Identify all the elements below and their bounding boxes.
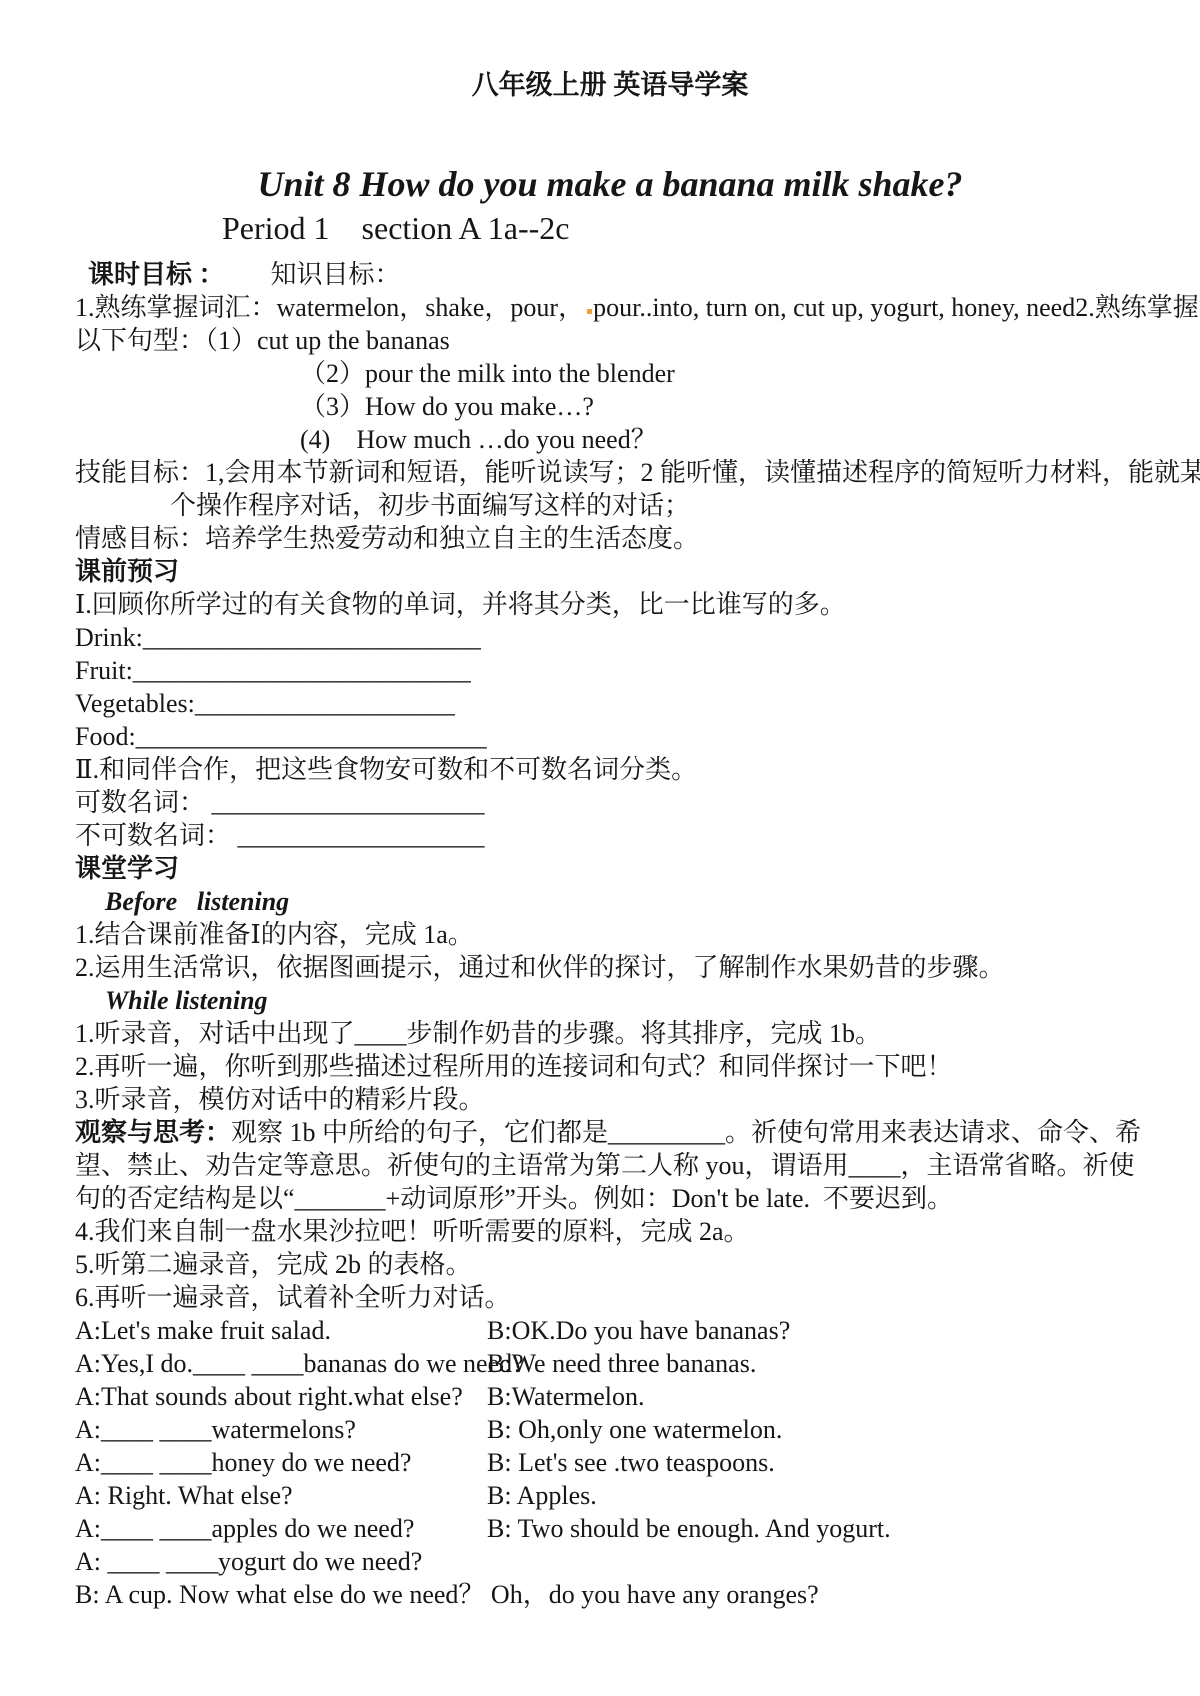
dialogue-b-line: B: Two should be enough. And yogurt. xyxy=(487,1512,891,1545)
dialogue-b-line: B: Apples. xyxy=(487,1479,597,1512)
fill-line-drink: Drink:__________________________ xyxy=(75,621,1145,654)
session-goal-label: 课时目标 ： xyxy=(88,260,225,289)
sentence-pattern-intro: 以下句型：（1）cut up the bananas xyxy=(75,324,1145,357)
while-listening-item: 1.听录音，对话中出现了____步制作奶昔的步骤。将其排序，完成 1b。 xyxy=(75,1017,1145,1050)
observe-label: 观察与思考： xyxy=(75,1118,231,1147)
classwork-heading: 课堂学习 xyxy=(75,852,1145,885)
objectives-heading-line: 课时目标 ：知识目标： xyxy=(75,258,1145,291)
dialogue-a-line: A: Right. What else? xyxy=(75,1479,487,1512)
classwork-task: 4.我们来自制一盘水果沙拉吧！听听需要的原料，完成 2a。 xyxy=(75,1215,1145,1248)
before-listening-heading: Before listening xyxy=(105,885,1145,918)
dialogue-a-line: A:That sounds about right.what else? xyxy=(75,1380,487,1413)
pattern-item: （3）How do you make…? xyxy=(300,390,1145,423)
dialogue-row: A:____ ____honey do we need?B: Let's see… xyxy=(75,1446,1145,1479)
dialogue-b-line: B:OK.Do you have bananas? xyxy=(487,1314,790,1347)
dialogue-row: A: Right. What else?B: Apples. xyxy=(75,1479,1145,1512)
vocab-text-after: pour..into, turn on, cut up, yogurt, hon… xyxy=(593,293,1199,322)
knowledge-goal-label: 知识目标： xyxy=(271,260,401,289)
skill-goal-line1: 技能目标：1,会用本节新词和短语，能听说读写；2 能听懂，读懂描述程序的简短听力… xyxy=(75,456,1145,489)
classwork-task: 6.再听一遍录音，试着补全听力对话。 xyxy=(75,1281,1145,1314)
fill-line-countable: 可数名词： _____________________ xyxy=(75,786,1145,819)
pattern-item: （2）pour the milk into the blender xyxy=(300,357,1145,390)
dialogue-a-line: A:____ ____honey do we need? xyxy=(75,1446,487,1479)
dialogue-row: A:That sounds about right.what else?B:Wa… xyxy=(75,1380,1145,1413)
dialogue-b-line: B:Watermelon. xyxy=(487,1380,644,1413)
document-body: 课时目标 ：知识目标： 1.熟练掌握词汇：watermelon，shake，po… xyxy=(75,258,1145,1611)
worksheet-page: 八年级上册 英语导学案 Unit 8 How do you make a ban… xyxy=(0,0,1200,1696)
preview-heading: 课前预习 xyxy=(75,555,1145,588)
dialogue-row: A:____ ____watermelons?B: Oh,only one wa… xyxy=(75,1413,1145,1446)
document-header: 八年级上册 英语导学案 xyxy=(75,70,1145,100)
dialogue-a-line: A: ____ ____yogurt do we need? xyxy=(75,1545,487,1578)
dialogue-a-line: A:Let's make fruit salad. xyxy=(75,1314,487,1347)
observe-paragraph: 观察与思考：观察 1b 中所给的句子，它们都是_________。祈使句常用来表… xyxy=(75,1116,1145,1215)
preview-task2: Ⅱ.和同伴合作，把这些食物安可数和不可数名词分类。 xyxy=(75,753,1145,786)
while-listening-item: 2.再听一遍，你听到那些描述过程所用的连接词和句式？和同伴探讨一下吧！ xyxy=(75,1050,1145,1083)
fill-line-food: Food:___________________________ xyxy=(75,720,1145,753)
dialogue-row: A:____ ____apples do we need?B: Two shou… xyxy=(75,1512,1145,1545)
classwork-task: 5.听第二遍录音，完成 2b 的表格。 xyxy=(75,1248,1145,1281)
preview-task1: Ⅰ.回顾你所学过的有关食物的单词，并将其分类，比一比谁写的多。 xyxy=(75,588,1145,621)
dialogue-a-line: A:____ ____apples do we need? xyxy=(75,1512,487,1545)
dialogue-b-line: B:We need three bananas. xyxy=(487,1347,756,1380)
fill-line-uncountable: 不可数名词： ___________________ xyxy=(75,819,1145,852)
dialogue-b-line: B: Let's see .two teaspoons. xyxy=(487,1446,775,1479)
pattern-item: (4) How much …do you need？ xyxy=(300,423,1145,456)
dialogue-row: A: ____ ____yogurt do we need? xyxy=(75,1545,1145,1578)
dialogue-b-line: B: Oh,only one watermelon. xyxy=(487,1413,782,1446)
period-subtitle: Period 1 section A 1a--2c xyxy=(222,208,1145,248)
orange-mark-icon xyxy=(587,309,592,314)
dialogue-final-line: B: A cup. Now what else do we need？ Oh，d… xyxy=(75,1578,1145,1611)
skill-goal-line2: 个操作程序对话，初步书面编写这样的对话； xyxy=(170,489,1145,522)
unit-title: Unit 8 How do you make a banana milk sha… xyxy=(75,162,1145,206)
observe-text: 观察 1b 中所给的句子，它们都是_________。祈使句常用来表达请求、命令… xyxy=(75,1118,1141,1213)
while-listening-item: 3.听录音，模仿对话中的精彩片段。 xyxy=(75,1083,1145,1116)
fill-line-fruit: Fruit:__________________________ xyxy=(75,654,1145,687)
vocab-text-before: 1.熟练掌握词汇：watermelon，shake，pour， xyxy=(75,293,584,322)
dialogue-a-line: A:____ ____watermelons? xyxy=(75,1413,487,1446)
before-listening-item: 1.结合课前准备Ⅰ的内容，完成 1a。 xyxy=(75,918,1145,951)
fill-line-vegetables: Vegetables:____________________ xyxy=(75,687,1145,720)
dialogue-row: A:Yes,I do.____ ____bananas do we need?B… xyxy=(75,1347,1145,1380)
dialogue-row: A:Let's make fruit salad.B:OK.Do you hav… xyxy=(75,1314,1145,1347)
while-listening-heading: While listening xyxy=(105,984,1145,1017)
emotion-goal-line: 情感目标：培养学生热爱劳动和独立自主的生活态度。 xyxy=(75,522,1145,555)
before-listening-item: 2.运用生活常识，依据图画提示，通过和伙伴的探讨，了解制作水果奶昔的步骤。 xyxy=(75,951,1145,984)
vocab-line: 1.熟练掌握词汇：watermelon，shake，pour，pour..int… xyxy=(75,291,1145,324)
dialogue-a-line: A:Yes,I do.____ ____bananas do we need? xyxy=(75,1347,487,1380)
